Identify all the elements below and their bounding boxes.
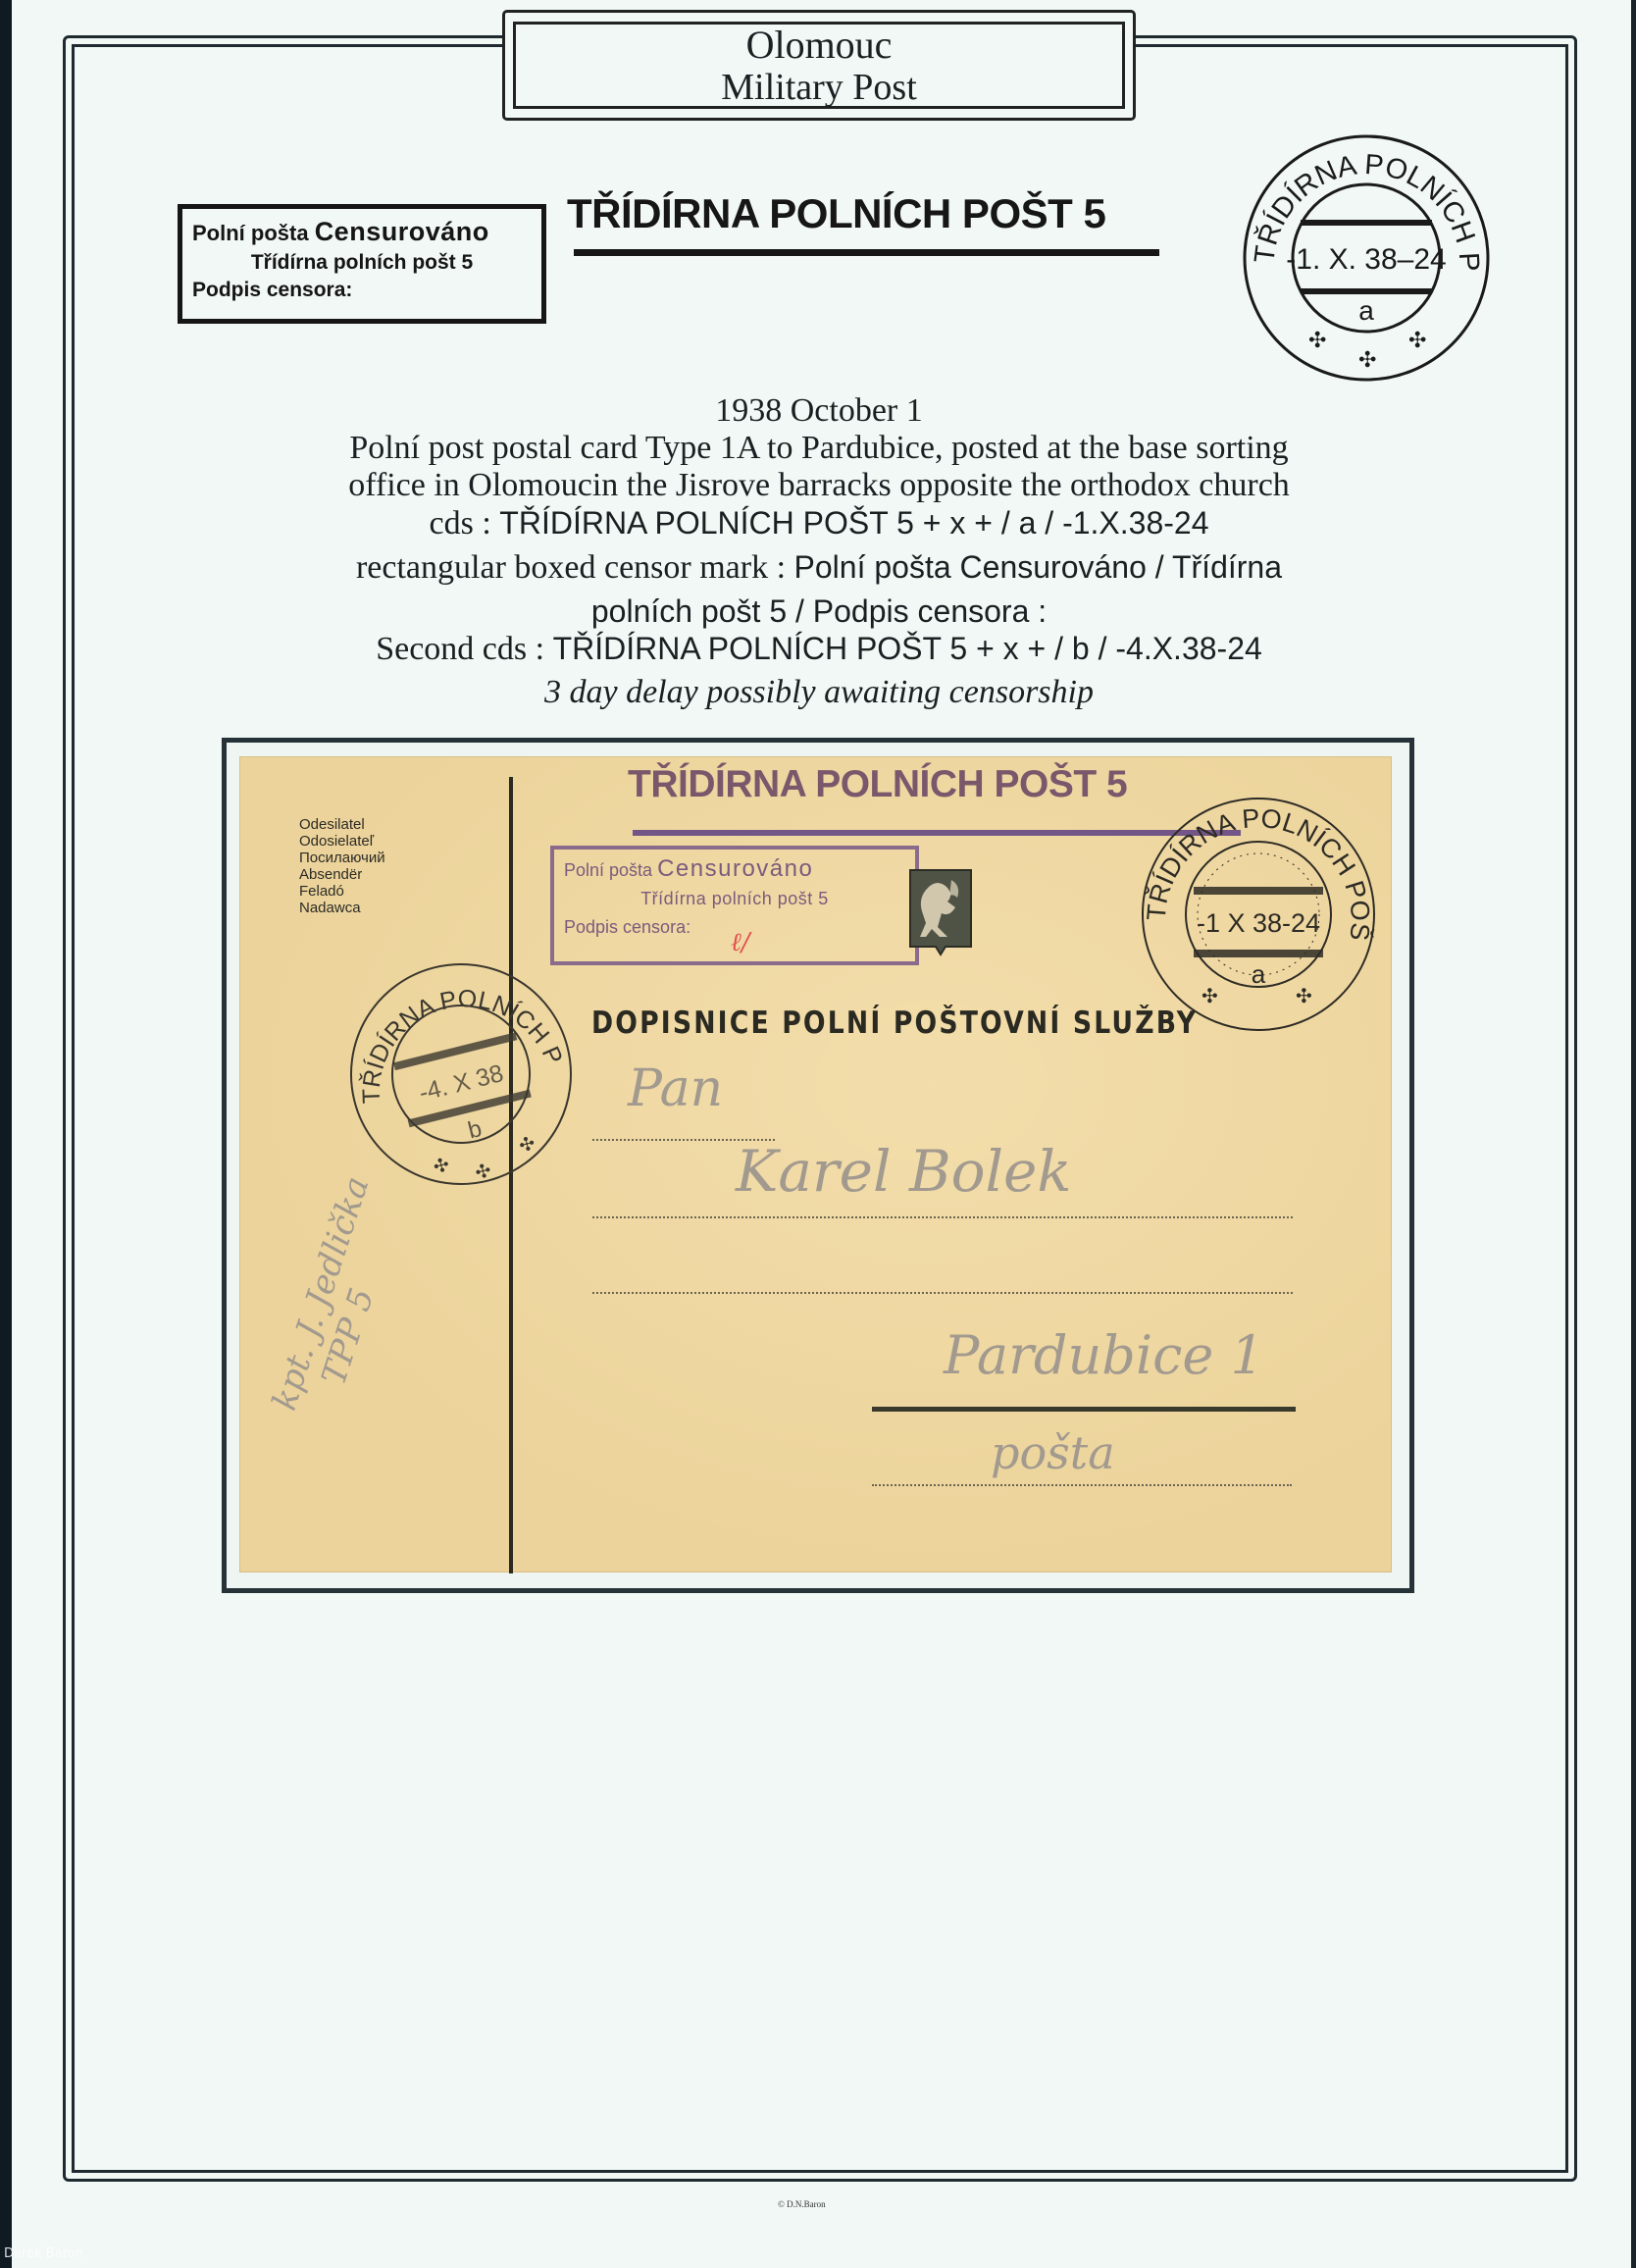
watermark-text: Derek Baron (4, 2246, 83, 2261)
description-line: office in Olomoucin the Jisrove barracks… (235, 467, 1403, 504)
description-cds2: Second cds : TŘÍDÍRNA POLNÍCH POŠT 5 + x… (235, 630, 1403, 674)
ornament-icon: ✣ (1201, 986, 1218, 1007)
page-title: Olomouc (746, 26, 893, 65)
specimen-censor-main: Censurováno (315, 217, 489, 246)
sender-label: Odosielateľ (299, 833, 385, 850)
ornament-icon: ✣ (1308, 328, 1326, 352)
cds2-label: Second cds : (376, 631, 552, 667)
lion-icon (908, 868, 973, 956)
censor-value: Polní pošta Censurováno / Třídírna (794, 549, 1282, 585)
ornament-icon: ✣ (1296, 986, 1312, 1007)
address-town: Pardubice 1 (944, 1324, 1264, 1386)
specimen-censor-line3: Podpis censora: (192, 279, 532, 302)
address-line-2 (592, 1216, 1293, 1218)
specimen-heading-rule (574, 249, 1159, 256)
address-line-post (872, 1484, 1292, 1486)
specimen-heading-mark: TŘÍDÍRNA POLNÍCH POŠT 5 (567, 190, 1165, 237)
card-censor-prefix: Polní pošta (564, 860, 652, 880)
card-cds-a-date: -1 X 38-24 (1197, 908, 1320, 938)
ornament-icon: ✣ (1358, 347, 1376, 372)
header-box: Olomouc Military Post (502, 10, 1136, 121)
card-cds-b-letter: b (465, 1115, 484, 1144)
cds2-value: TŘÍDÍRNA POLNÍCH POŠT 5 + x + / b / -4.X… (553, 631, 1262, 666)
cds-circle-icon: TŘÍDÍRNA POLNÍCH POŠT 5 -1 X 38-24 a ✣ ✣ (1131, 787, 1386, 1042)
address-line-3 (592, 1292, 1293, 1294)
copyright-text: © D.N.Baron (778, 2199, 826, 2209)
description-date: 1938 October 1 (235, 392, 1403, 430)
card-violet-heading: TŘÍDÍRNA POLNÍCH POŠT 5 (628, 763, 1127, 806)
specimen-censor-line1: Polní pošta Censurováno (192, 217, 532, 247)
address-town-underline (872, 1407, 1296, 1412)
description-note: 3 day delay possibly awaiting censorship (235, 674, 1403, 711)
address-post: pošta (991, 1426, 1115, 1479)
cds1-label: cds : (430, 505, 500, 541)
sender-label: Odesilatel (299, 816, 385, 833)
specimen-cds-date: -1. X. 38–24 (1286, 243, 1446, 276)
ornament-icon: ✣ (432, 1155, 452, 1178)
specimen-censor-mark: Polní pošta Censurováno Třídírna polních… (178, 204, 546, 324)
card-cds-a-stamp: TŘÍDÍRNA POLNÍCH POŠT 5 -1 X 38-24 a ✣ ✣ (1131, 787, 1386, 1042)
coat-of-arms-stamp (908, 868, 973, 956)
sender-label: Feladó (299, 883, 385, 900)
scan-edge-left (0, 0, 12, 2268)
description-block: 1938 October 1 Polní post postal card Ty… (235, 392, 1403, 711)
address-name: Karel Bolek (736, 1138, 1072, 1205)
sender-label: Absendër (299, 866, 385, 883)
cds1-value: TŘÍDÍRNA POLNÍCH POŠT 5 + x + / a / -1.X… (499, 505, 1208, 541)
sender-labels: Odesilatel Odosielateľ Посилаючий Absend… (299, 816, 385, 916)
description-censor-cont: polních pošt 5 / Podpis censora : (235, 593, 1403, 630)
header-box-inner: Olomouc Military Post (513, 22, 1125, 109)
ornament-icon: ✣ (1408, 328, 1426, 352)
ornament-icon: ✣ (517, 1133, 537, 1157)
censor-label: rectangular boxed censor mark : (356, 549, 794, 586)
sender-label: Посилаючий (299, 850, 385, 866)
specimen-censor-prefix: Polní pošta (192, 221, 309, 245)
censor-signature: ℓ/ (731, 928, 750, 957)
ornament-icon: ✣ (474, 1160, 494, 1184)
card-censor-main: Censurováno (657, 855, 813, 882)
card-censor-line1: Polní pošta Censurováno (564, 855, 905, 883)
description-cds1: cds : TŘÍDÍRNA POLNÍCH POŠT 5 + x + / a … (235, 504, 1403, 548)
card-printed-title: DOPISNICE POLNÍ POŠTOVNÍ SLUŽBY (591, 1005, 1198, 1041)
sender-label: Nadawca (299, 900, 385, 916)
card-censor-line2: Třídírna polních pošt 5 (564, 889, 905, 909)
description-line: Polní post postal card Type 1A to Pardub… (235, 430, 1403, 467)
card-cds-a-letter: a (1252, 959, 1266, 989)
page-subtitle: Military Post (721, 69, 917, 106)
scan-edge-right (1631, 0, 1636, 2268)
specimen-cds-letter: a (1358, 295, 1374, 326)
address-salutation: Pan (628, 1059, 723, 1118)
description-censor: rectangular boxed censor mark : Polní po… (235, 548, 1403, 593)
specimen-censor-line2: Třídírna polních pošt 5 (192, 251, 532, 275)
specimen-cds-stamp: TŘÍDÍRNA POLNÍCH POŠT 5 -1. X. 38–24 a ✣… (1238, 129, 1495, 387)
cds-circle-icon: TŘÍDÍRNA POLNÍCH POŠT 5 -1. X. 38–24 a ✣… (1238, 129, 1495, 387)
